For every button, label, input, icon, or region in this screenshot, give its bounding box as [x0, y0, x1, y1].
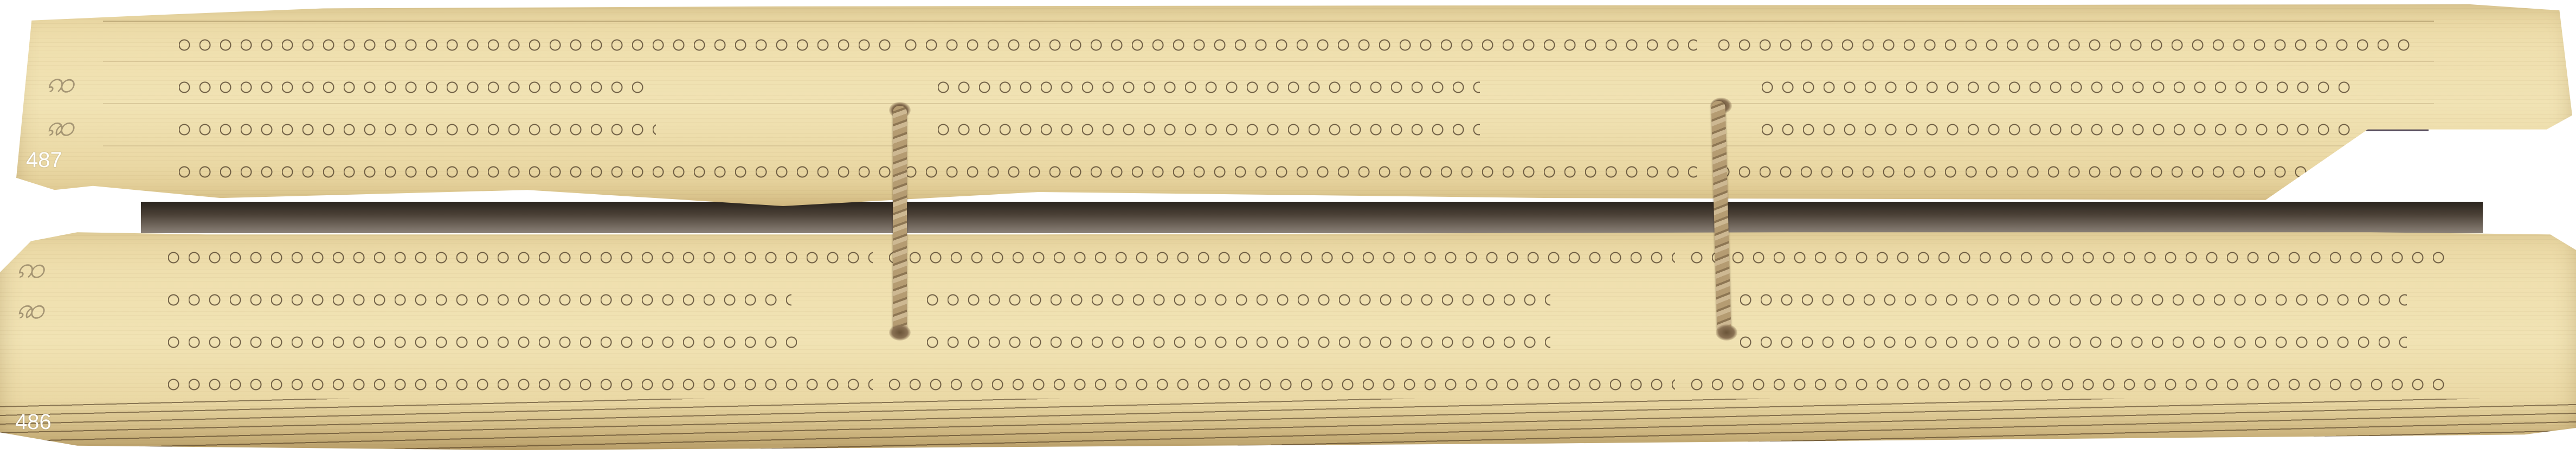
manuscript-line — [1718, 148, 2439, 190]
manuscript-line — [1691, 276, 2461, 318]
manuscript-line — [889, 233, 1691, 276]
manuscript-line — [1691, 233, 2461, 276]
palm-leaf-folio-487: ꩡ ꩣ — [16, 4, 2572, 206]
manuscript-line — [168, 318, 889, 360]
manuscript-line — [179, 148, 911, 190]
text-block-left — [168, 233, 889, 402]
manuscript-line — [1718, 21, 2439, 63]
folio-number-label: 487 — [26, 149, 62, 171]
margin-glyph: ꩣ — [46, 107, 74, 150]
manuscript-line — [905, 63, 1718, 105]
text-block-right — [1691, 233, 2461, 402]
text-block-middle — [889, 233, 1691, 402]
manuscript-line — [168, 360, 889, 402]
palm-leaf-folio-486: ꩡ ꩣ — [0, 228, 2576, 450]
manuscript-line — [889, 360, 1691, 402]
binding-hole — [889, 324, 911, 341]
folio-number-label: 486 — [15, 411, 51, 433]
twine-cord-icon — [893, 106, 907, 334]
manuscript-line — [179, 105, 911, 148]
background-gap — [141, 202, 2483, 233]
manuscript-photo: ꩡ ꩣ ꩡ ꩣ — [0, 0, 2576, 461]
margin-glyph: ꩡ — [16, 249, 44, 292]
manuscript-line — [905, 105, 1718, 148]
margin-glyph: ꩣ — [16, 290, 44, 333]
manuscript-line — [179, 21, 911, 63]
text-block-right — [1718, 21, 2439, 190]
manuscript-line — [905, 21, 1718, 63]
manuscript-line — [889, 276, 1691, 318]
manuscript-line — [889, 318, 1691, 360]
text-block-middle — [905, 21, 1718, 190]
manuscript-line — [905, 148, 1718, 190]
binding-hole — [1716, 324, 1737, 341]
manuscript-line — [1691, 360, 2461, 402]
manuscript-line — [1718, 63, 2439, 105]
manuscript-line — [179, 63, 911, 105]
manuscript-line — [168, 233, 889, 276]
text-block-left — [179, 21, 911, 190]
margin-glyph: ꩡ — [46, 64, 74, 107]
manuscript-line — [1718, 105, 2439, 148]
manuscript-line — [168, 276, 889, 318]
manuscript-line — [1691, 318, 2461, 360]
